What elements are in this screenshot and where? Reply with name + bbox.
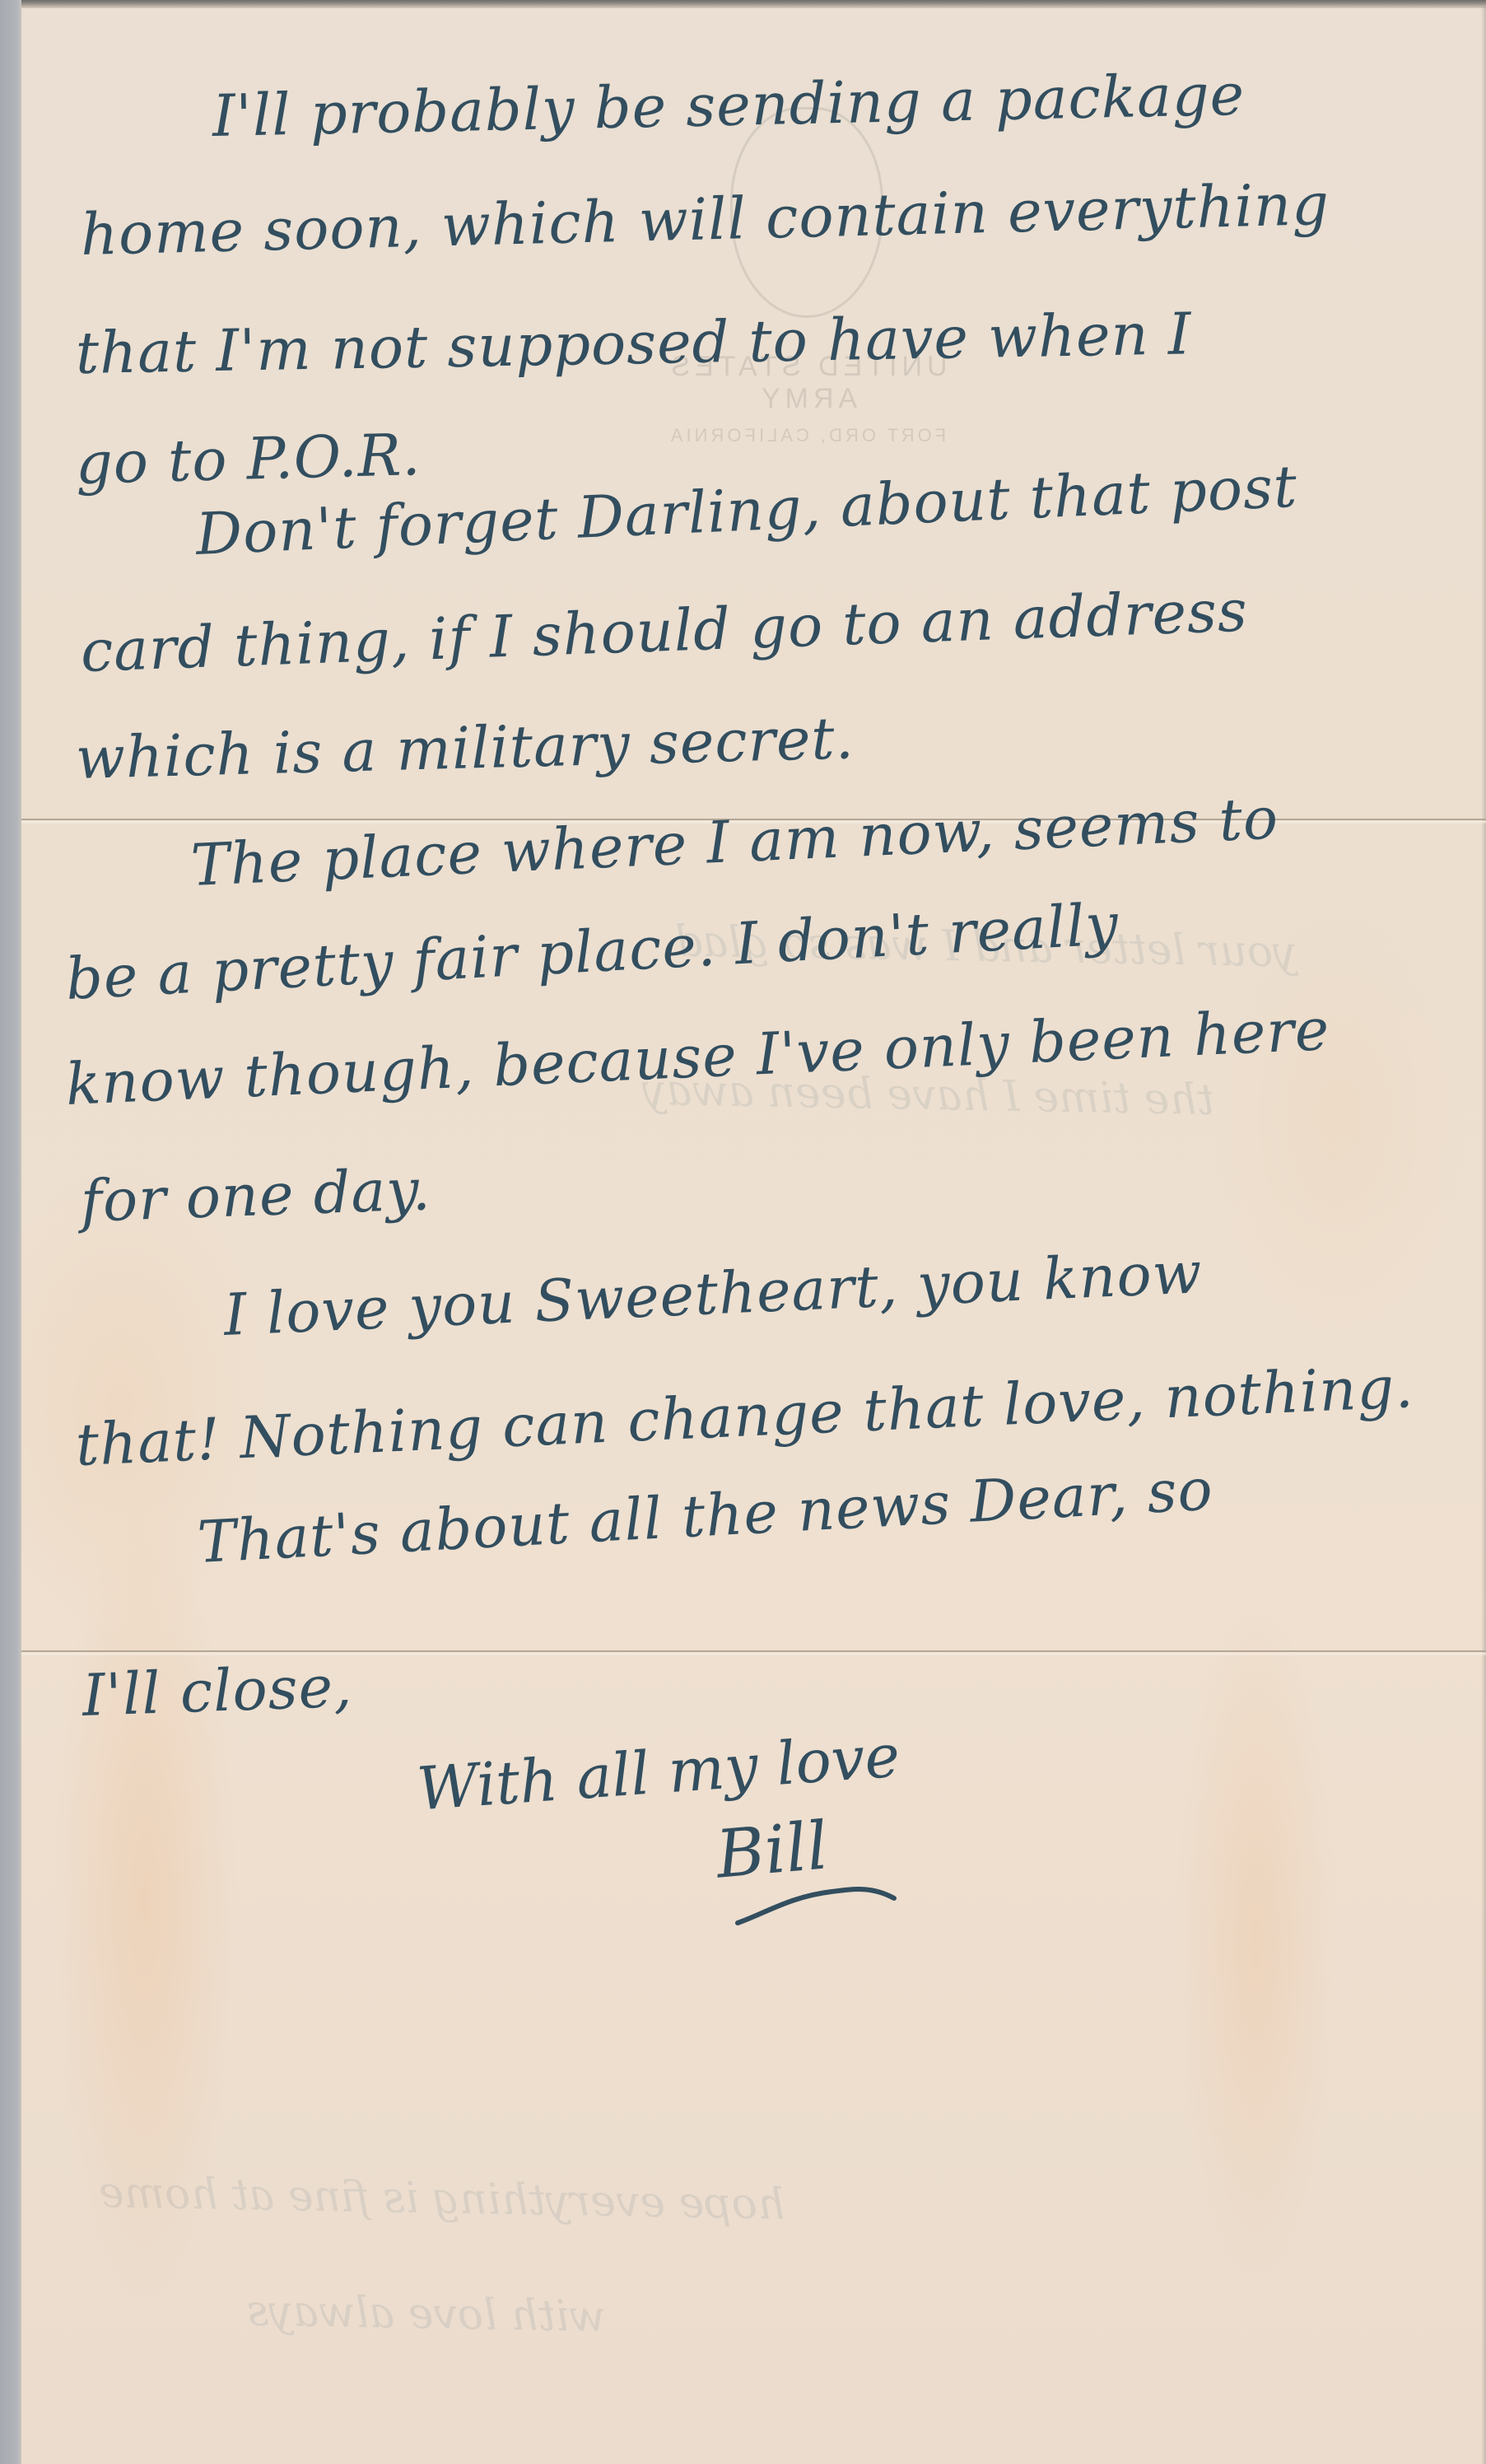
signature-underline-icon: [733, 1880, 906, 1930]
scan-top-edge: [21, 0, 1486, 8]
letter-line: I'll close,: [82, 1653, 354, 1729]
letter-line: for one day.: [80, 1155, 432, 1235]
paper-right-edge: [1481, 7, 1486, 2464]
letter-line: go to P.O.R.: [75, 421, 422, 497]
bleed-through-text: with love always: [247, 2286, 607, 2342]
letterhead-watermark: UNITED STATES ARMY FORT ORD, CALIFORNIA: [634, 107, 980, 469]
scan-left-margin: [0, 0, 21, 2464]
letterhead-line-2: FORT ORD, CALIFORNIA: [634, 425, 980, 446]
